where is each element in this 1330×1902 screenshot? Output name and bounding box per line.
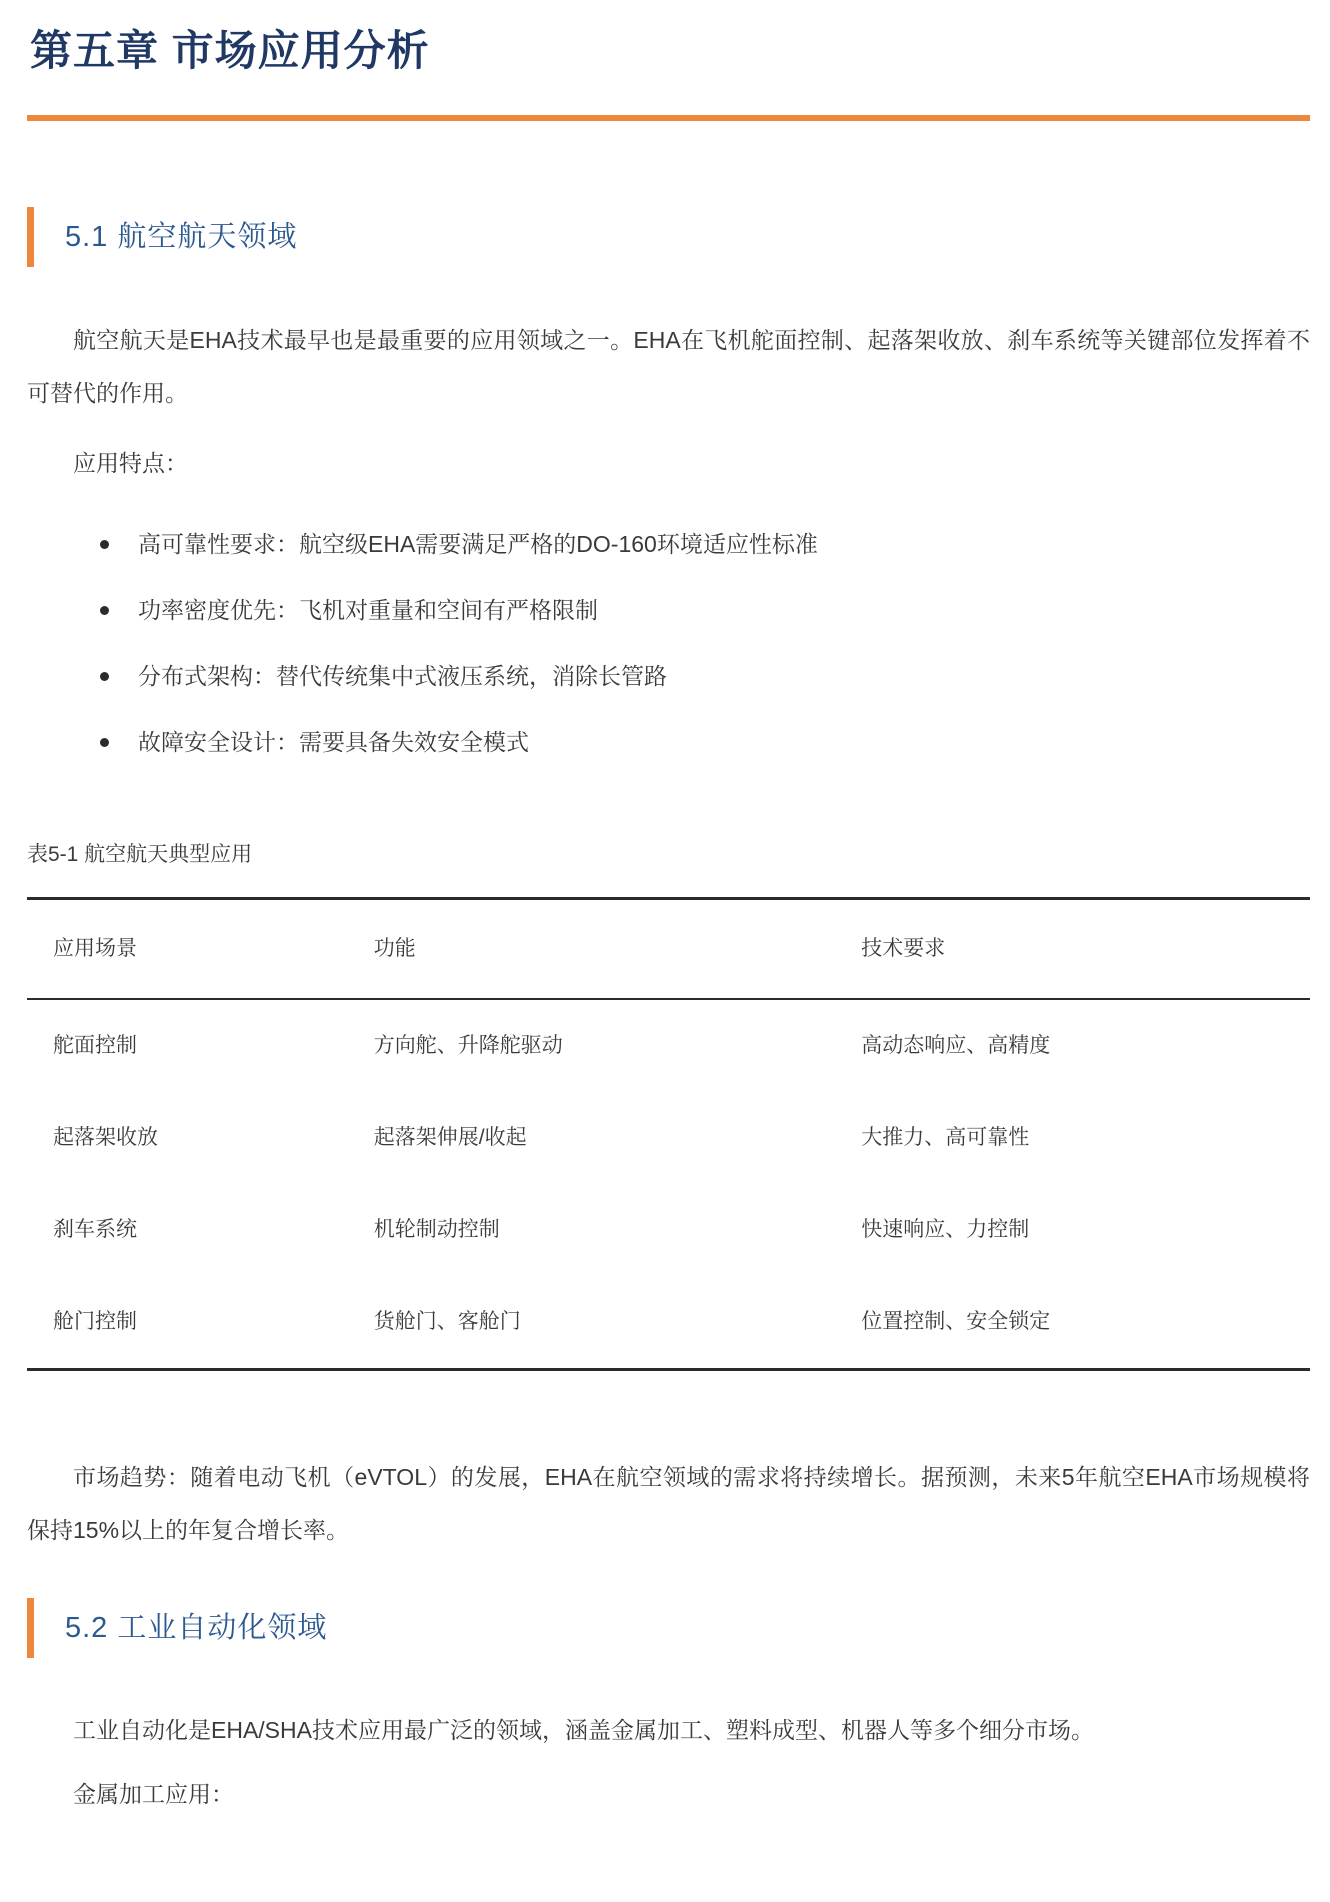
table-cell: 货舱门、客舱门 [348,1276,836,1370]
table-cell: 大推力、高可靠性 [835,1092,1310,1184]
table-header-scene: 应用场景 [27,899,348,1000]
list-item: 高可靠性要求：航空级EHA需要满足严格的DO-160环境适应性标准 [100,529,1310,559]
table-cell: 快速响应、力控制 [835,1184,1310,1276]
table-cell: 机轮制动控制 [348,1184,836,1276]
table-cell: 舱门控制 [27,1276,348,1370]
table-cell: 起落架伸展/收起 [348,1092,836,1184]
section-51-features-label: 应用特点： [27,437,1310,490]
section-52-metal-label: 金属加工应用： [27,1768,1310,1821]
section-52-accent-bar [27,1598,34,1658]
list-item: 功率密度优先：飞机对重量和空间有严格限制 [100,595,1310,625]
table-cell: 舵面控制 [27,999,348,1092]
table-cell: 刹车系统 [27,1184,348,1276]
list-item-text: 高可靠性要求：航空级EHA需要满足严格的DO-160环境适应性标准 [138,529,818,559]
chapter-title-rule [27,115,1310,121]
list-item-text: 故障安全设计：需要具备失效安全模式 [138,727,529,757]
list-item-text: 分布式架构：替代传统集中式液压系统，消除长管路 [138,661,667,691]
section-51-feature-list: 高可靠性要求：航空级EHA需要满足严格的DO-160环境适应性标准 功率密度优先… [27,529,1310,757]
bullet-icon [100,738,109,747]
section-52-intro-paragraph: 工业自动化是EHA/SHA技术应用最广泛的领域，涵盖金属加工、塑料成型、机器人等… [27,1704,1310,1757]
table-cell: 位置控制、安全锁定 [835,1276,1310,1370]
section-51-trend-paragraph: 市场趋势：随着电动飞机（eVTOL）的发展，EHA在航空领域的需求将持续增长。据… [27,1451,1310,1557]
table-row: 起落架收放 起落架伸展/收起 大推力、高可靠性 [27,1092,1310,1184]
table-row: 刹车系统 机轮制动控制 快速响应、力控制 [27,1184,1310,1276]
bullet-icon [100,606,109,615]
table-header-requirements: 技术要求 [835,899,1310,1000]
table-header-row: 应用场景 功能 技术要求 [27,899,1310,1000]
section-51-title: 5.1 航空航天领域 [65,219,297,255]
section-51-accent-bar [27,207,34,267]
chapter-title: 第五章 市场应用分析 [30,24,1310,78]
table-row: 舵面控制 方向舵、升降舵驱动 高动态响应、高精度 [27,999,1310,1092]
table-header-function: 功能 [348,899,836,1000]
aerospace-applications-table: 应用场景 功能 技术要求 舵面控制 方向舵、升降舵驱动 高动态响应、高精度 起落… [27,897,1310,1371]
list-item: 故障安全设计：需要具备失效安全模式 [100,727,1310,757]
list-item-text: 功率密度优先：飞机对重量和空间有严格限制 [138,595,598,625]
document-page: 第五章 市场应用分析 5.1 航空航天领域 航空航天是EHA技术最早也是最重要的… [0,0,1330,1902]
section-52-title: 5.2 工业自动化领域 [65,1610,327,1646]
table-cell: 起落架收放 [27,1092,348,1184]
list-item: 分布式架构：替代传统集中式液压系统，消除长管路 [100,661,1310,691]
bullet-icon [100,672,109,681]
table-cell: 方向舵、升降舵驱动 [348,999,836,1092]
bullet-icon [100,540,109,549]
section-51-intro-paragraph: 航空航天是EHA技术最早也是最重要的应用领域之一。EHA在飞机舵面控制、起落架收… [27,314,1310,420]
table-cell: 高动态响应、高精度 [835,999,1310,1092]
table-row: 舱门控制 货舱门、客舱门 位置控制、安全锁定 [27,1276,1310,1370]
section-51-header: 5.1 航空航天领域 [27,207,1310,267]
section-52-header: 5.2 工业自动化领域 [27,1598,1310,1658]
table-caption: 表5-1 航空航天典型应用 [27,841,1310,869]
